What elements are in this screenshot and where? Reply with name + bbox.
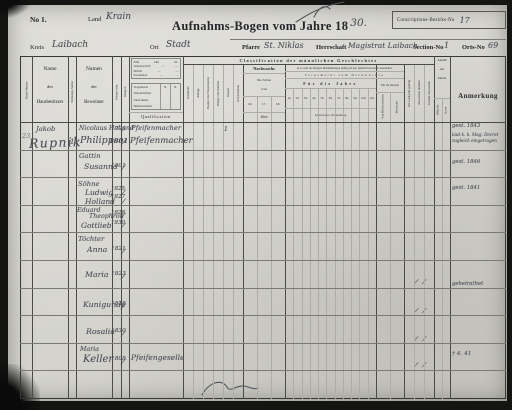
grid-line-h <box>243 96 285 97</box>
grid-line-h <box>20 370 506 371</box>
remark-note: geheirathet <box>452 281 483 287</box>
grid-line-v <box>68 56 69 399</box>
grid-line-v <box>390 92 391 399</box>
section-label: Section-No <box>413 44 443 51</box>
side-column-label: Fremde Anwesende <box>424 64 434 122</box>
vormerk-year-label: 10te <box>359 88 367 108</box>
grid-line-h <box>183 64 434 65</box>
relation-label: Töchter <box>78 235 104 243</box>
grid-line-v <box>318 88 319 399</box>
vormerk-year-label: 3te <box>302 88 310 108</box>
inland-title: Für im Inlande <box>376 78 404 92</box>
scanned-census-sheet: No 1. Land Krain Aufnahms-Bogen vom Jahr… <box>0 0 512 410</box>
column-header-owner-mid: des <box>32 84 68 89</box>
grid-line-v <box>434 56 435 399</box>
grid-line-h <box>129 112 183 113</box>
conscription-value: 17 <box>460 16 470 25</box>
page-title-year: 30. <box>350 17 367 29</box>
grid-line-v <box>302 88 303 399</box>
resident-name: Gottlieb <box>81 221 112 230</box>
grid-line-h <box>285 71 404 72</box>
dwelling-count: 1 <box>70 138 74 146</box>
grid-line-h <box>20 177 506 178</box>
conscription-label: Conscriptions-Bezirks-No <box>397 18 455 23</box>
inland-column-label: Vom Militär entlassen <box>376 92 390 122</box>
vormerk-line3: Für die Jahre <box>285 78 376 88</box>
resident-name: Maria <box>85 270 109 279</box>
grid-line-h <box>243 112 285 113</box>
remark-note: gest. 1846 <box>452 159 480 165</box>
grid-line-v <box>450 56 451 399</box>
land-value: Krain <box>106 12 131 22</box>
vormerk-line1: In so weit die übrigen Bestimmungen gült… <box>285 64 404 71</box>
vormerk-year-label: 1te <box>285 88 293 108</box>
vormerk-year-label: 2te <box>293 88 301 108</box>
vormerk-year-label: 5te <box>318 88 326 108</box>
vormerk-year-label: 8te <box>343 88 351 108</box>
vormerk-line2: Vorgemerkt zum Nachwuchse <box>285 71 404 78</box>
owner-first-name: Jakob <box>36 125 55 133</box>
ink-flourish-top <box>292 0 350 24</box>
classification-column-label: Bürger und Künstler <box>213 64 223 122</box>
occupation: Pfeifenmacher <box>131 124 181 132</box>
remark-note: gest. 1843 <box>452 123 480 129</box>
resident-name: Ludwig <box>85 188 113 197</box>
grid-line-v <box>343 88 344 399</box>
horses-box-l2: der <box>434 67 450 71</box>
column-header-remarks: Anmerkung <box>450 90 506 102</box>
horses-box: Anzahl der Pferde <box>434 58 450 98</box>
orts-value: 69 <box>488 41 498 50</box>
grid-line-h <box>20 150 506 151</box>
kreis-value: Laibach <box>52 40 88 50</box>
tail-column-label: Wallache <box>434 98 442 122</box>
classification-column-label: Beamte und Honoratioren <box>203 64 213 122</box>
vormerk-year-label: 9te <box>351 88 359 108</box>
grid-line-h <box>20 288 506 289</box>
orts-label: Orts-No <box>462 44 485 51</box>
grid-line-v <box>359 88 360 399</box>
side-column-label: Abwesende Inländer <box>414 64 424 122</box>
nachwuchs-unit: Jahre <box>243 112 285 121</box>
grid-line-h <box>20 205 506 206</box>
inland-column-label: Beurlaubte <box>390 92 404 122</box>
classification-mark: 1 <box>224 126 228 133</box>
grid-line-h <box>285 108 376 109</box>
grid-line-h <box>243 73 285 74</box>
nachwuchs-line2: vom <box>243 85 285 92</box>
column-header-residents: Namen <box>76 66 112 72</box>
herrschaft-value: Magistrat Laibach <box>348 41 418 50</box>
section-value: 1 <box>444 41 449 50</box>
ort-value: Stadt <box>166 40 191 50</box>
occupation: Pfeifengeselle <box>131 353 184 362</box>
summary-row: Heimatscheine <box>132 103 180 109</box>
grid-line-v <box>271 96 272 399</box>
classification-column-label: Geistliche <box>183 64 193 122</box>
column-header-dwelling-number: Wohnungs-Numer <box>68 68 76 116</box>
herrschaft-label: Herrschaft <box>316 44 346 51</box>
grid-line-h <box>376 92 404 93</box>
vormerk-year-label: 11te <box>368 88 376 108</box>
grid-line-v <box>32 56 33 399</box>
column-header-residents-bottom: Bewohner <box>76 100 112 105</box>
pfarre-value: St. Niklas <box>264 41 304 50</box>
occupation-summary-table: EdleJahr18..Wanderschaft——Militär——Zusam… <box>131 58 181 79</box>
grid-line-v <box>335 88 336 399</box>
column-header-owner: Name <box>32 66 68 72</box>
grid-line-v <box>112 56 113 399</box>
grid-line-v <box>326 88 327 399</box>
remark-note: laut k. k. Mag. Decret <box>452 132 498 137</box>
vormerk-year-columns: 1te2te3te4te5te6te7te8te9te10te11te <box>285 88 376 108</box>
grid-line-v <box>293 88 294 399</box>
summary-row: Zusammen—— <box>134 73 179 78</box>
grid-line-v <box>129 56 130 399</box>
side-columns: Zur Landwehr gehörigAbwesende InländerFr… <box>404 64 434 122</box>
grid-line-h <box>20 315 506 316</box>
grid-line-v <box>183 56 184 399</box>
grid-line-v <box>76 56 77 399</box>
nachwuchs-year-label: 17. <box>257 96 271 112</box>
classification-banner: Classification der männlichen Geschlecht… <box>184 57 433 64</box>
grid-line-v <box>442 98 443 399</box>
tail-column-label: Stuten <box>442 98 450 122</box>
grid-line-v <box>121 56 122 399</box>
grid-line-h <box>230 39 506 40</box>
classification-column-label: Gewerbsleute <box>233 64 243 122</box>
grid-line-h <box>20 343 506 344</box>
classification-column-label: Adelige <box>193 64 203 122</box>
column-header-house-number: Haus-Numer <box>21 64 32 116</box>
conscription-box: Conscriptions-Bezirks-No 17 <box>392 11 506 29</box>
relation-label: Gattin <box>79 152 101 160</box>
column-header-religion: Religion <box>121 68 129 116</box>
column-header-residents-mid: der <box>76 84 112 89</box>
grid-line-v <box>368 88 369 399</box>
ink-flourish-bottom <box>200 377 260 399</box>
grid-line-v <box>310 88 311 399</box>
grid-line-h <box>285 78 404 79</box>
remark-note: † 4. 41 <box>452 351 472 357</box>
remark-note: gest. 1841 <box>452 185 480 191</box>
grid-line-h <box>285 88 376 89</box>
vormerk-year-label: 6te <box>326 88 334 108</box>
documents-summary-table: VorgemerktN.N.WanderbücherTaufscheineHei… <box>131 83 181 110</box>
resident-name: Anna <box>87 245 107 254</box>
vormerk-year-label: 4te <box>310 88 318 108</box>
column-header-birth-year: Geburts-Jahr <box>112 68 121 116</box>
relation-label: Söhne <box>78 180 100 188</box>
grid-line-h <box>20 122 506 123</box>
grid-line-v <box>257 96 258 399</box>
horses-box-l1: Anzahl <box>434 58 450 62</box>
vormerk-year-label: 7te <box>335 88 343 108</box>
ort-label: Ort <box>150 44 159 51</box>
vormerk-footer: Altersweise Vormerkung <box>285 108 376 122</box>
land-label: Land <box>88 16 101 23</box>
pfarre-label: Pfarre <box>242 44 260 51</box>
nachwuchs-year-label: 18. <box>271 96 285 112</box>
nachwuchs-line1: Die Söhne <box>243 76 285 83</box>
remark-note: zugleich eingetragen <box>452 138 497 143</box>
classification-column-label: Bauern <box>223 64 233 122</box>
sheet-number: No 1. <box>30 15 47 24</box>
column-header-qualification: Qualification <box>129 112 183 121</box>
resident-name: Keller <box>83 354 113 365</box>
nachwuchs-title: Nachwuchs <box>243 64 285 73</box>
grid-line-h <box>20 260 506 261</box>
column-header-owner-bottom: Hausbesitzers <box>32 100 68 105</box>
grid-line-v <box>351 88 352 399</box>
side-column-label: Zur Landwehr gehörig <box>404 64 414 122</box>
grid-line-h <box>434 98 450 99</box>
nachwuchs-year-label: 16. <box>243 96 257 112</box>
nachwuchs-years: 16.17.18. <box>243 96 285 112</box>
grid-line-h <box>20 232 506 233</box>
kreis-label: Kreis <box>30 44 44 51</box>
resident-name: Maria <box>80 346 99 353</box>
horses-box-l3: Pferde <box>434 76 450 80</box>
